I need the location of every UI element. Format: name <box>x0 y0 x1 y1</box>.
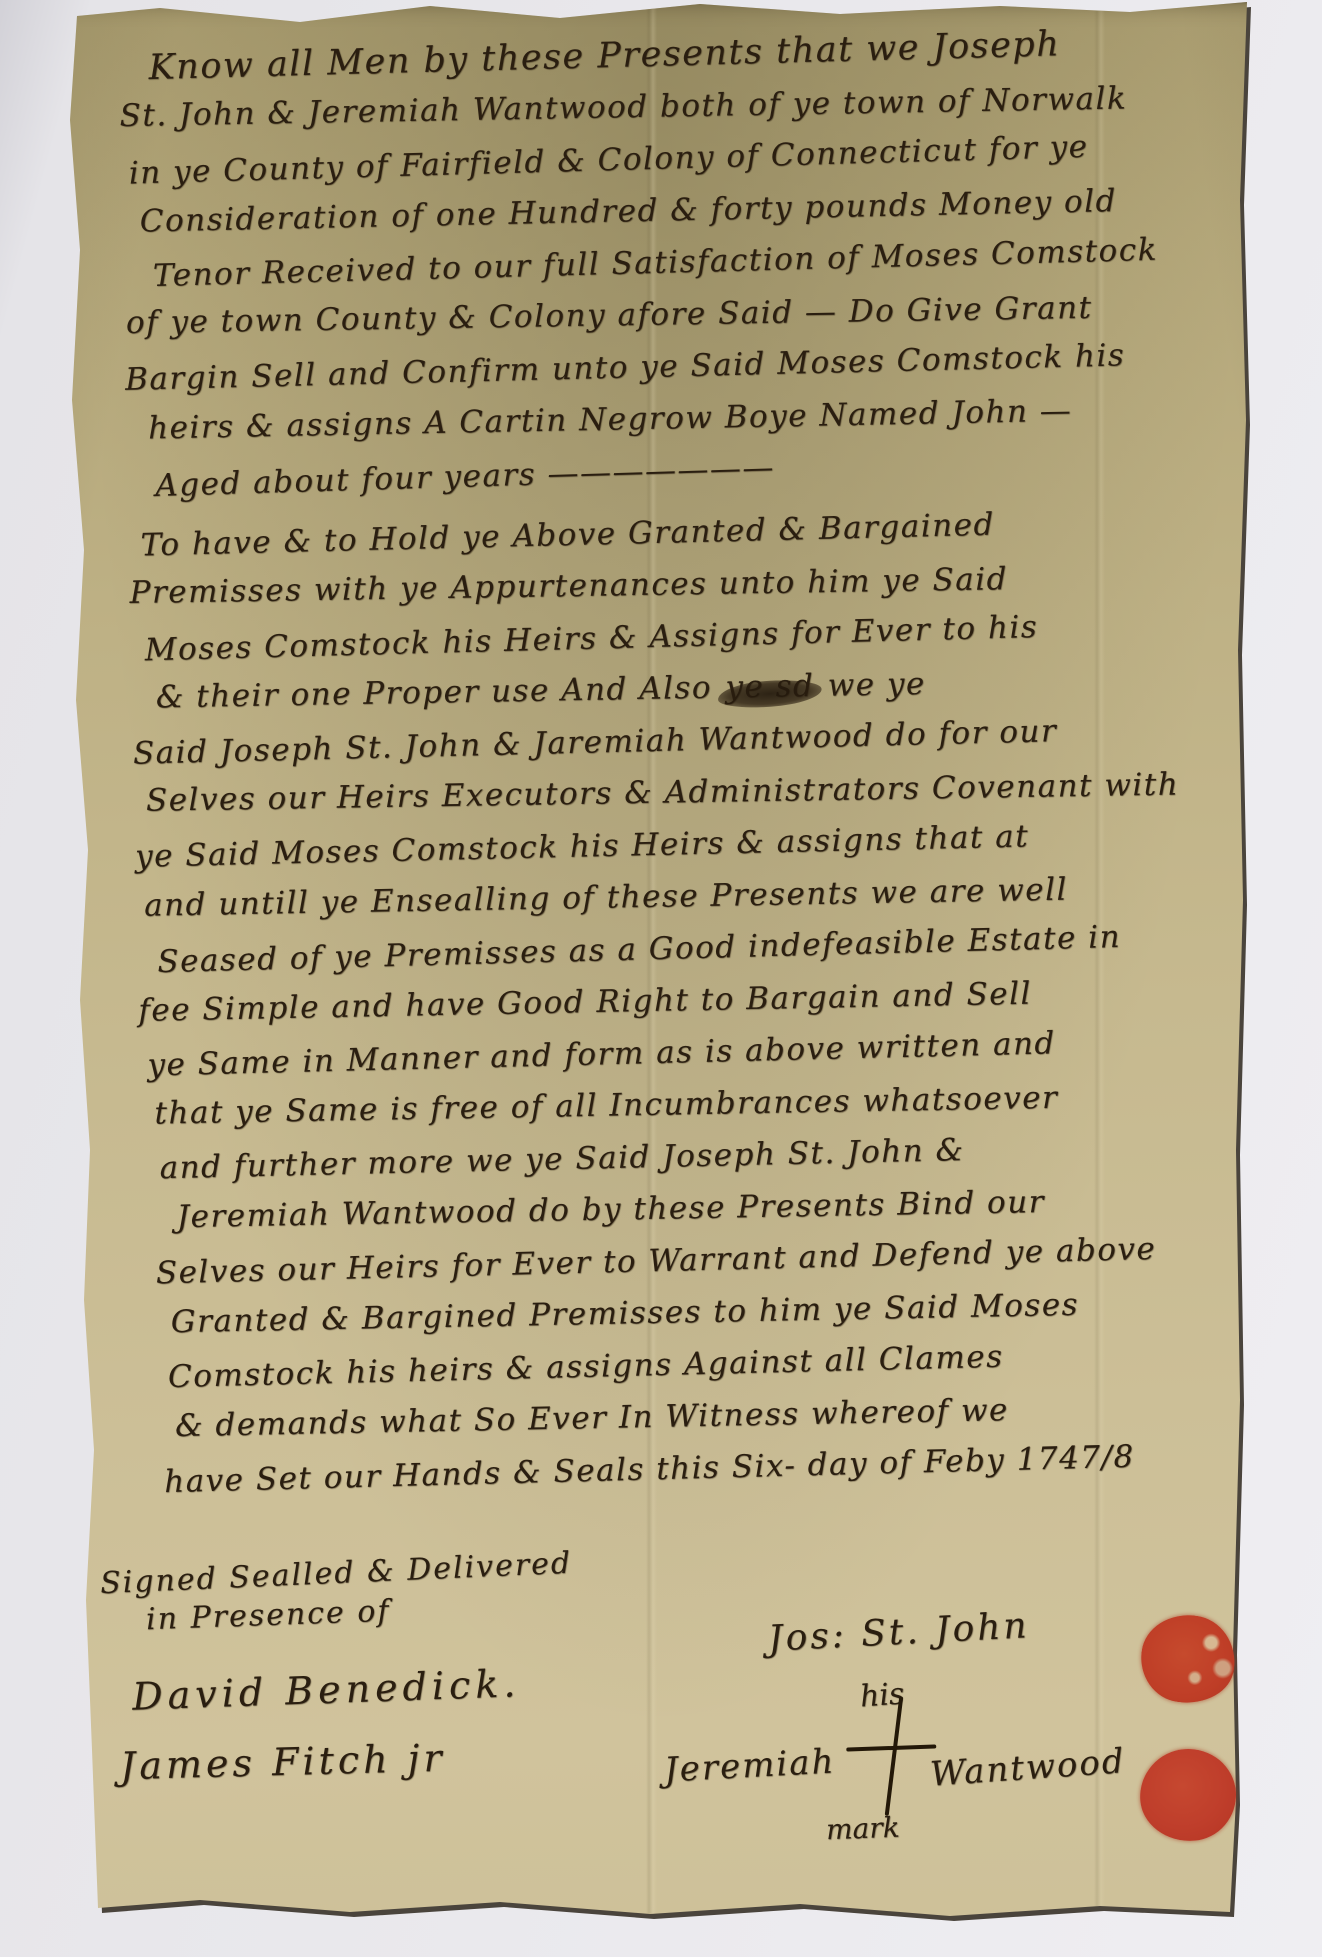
signature-cross-mark-icon <box>844 1694 938 1817</box>
witness-signature-james-fitch: James Fitch jr <box>119 1736 446 1789</box>
strike-line-before: & their one Proper use And Also <box>155 670 723 716</box>
signature-mark-label: mark <box>825 1811 900 1847</box>
strike-line-after: we ye <box>816 666 926 704</box>
manuscript-text: Know all Men by these Presents that we J… <box>118 17 1238 1506</box>
struck-out-words: ye sd <box>723 668 817 706</box>
photo-background: Know all Men by these Presents that we J… <box>0 0 1322 1957</box>
